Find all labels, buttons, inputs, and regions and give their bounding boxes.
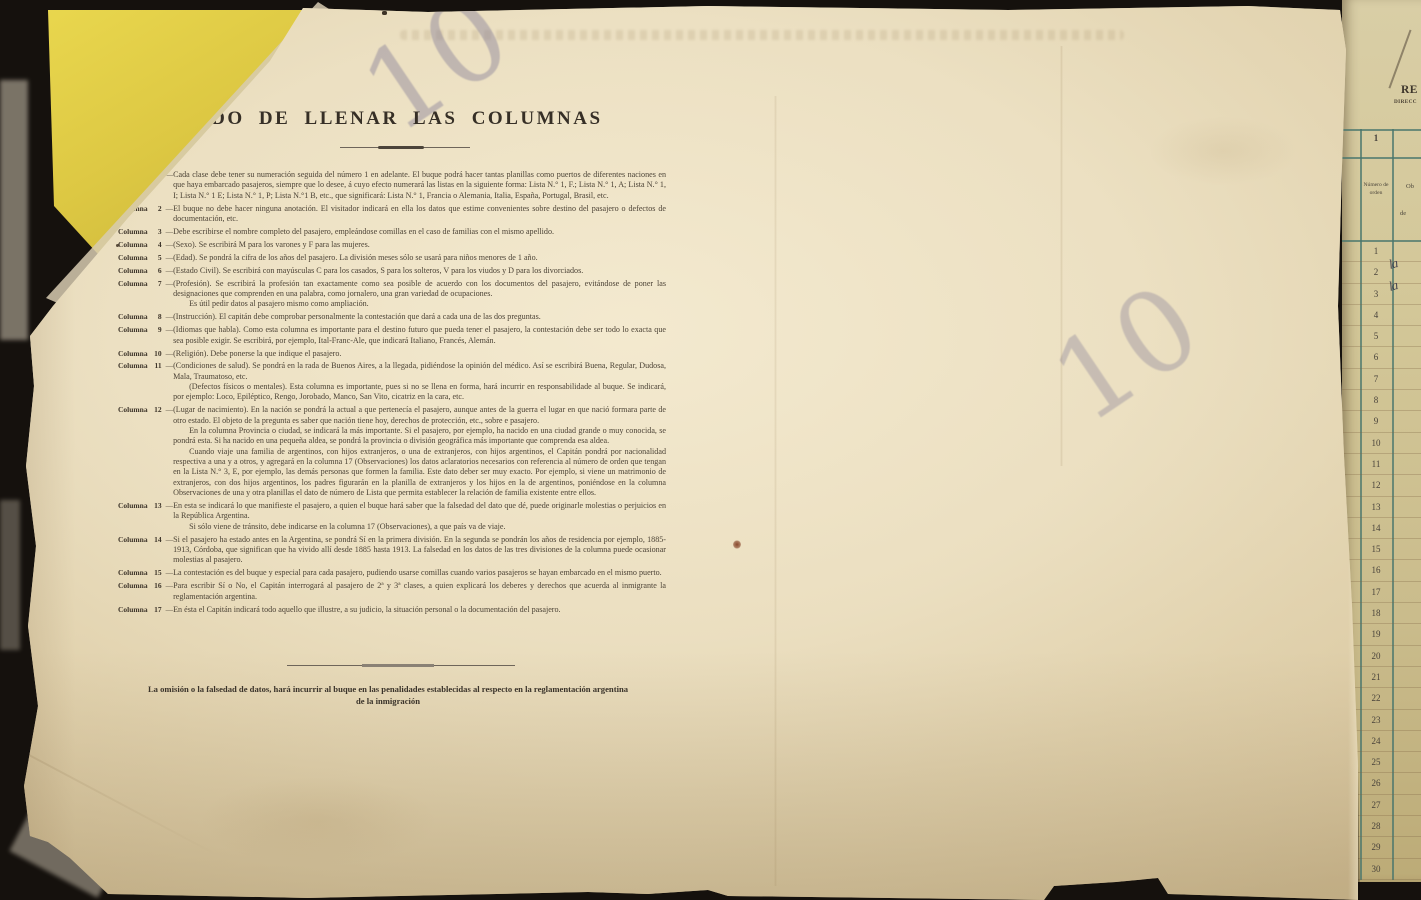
ledger-row: 15 [1342, 539, 1421, 560]
ledger-row: 4 [1342, 305, 1421, 326]
ledger-row: 8 [1342, 390, 1421, 411]
item-text: Cuando viaje una familia de argentinos, … [173, 447, 666, 499]
item-text: Es útil pedir datos al pasajero mismo co… [173, 299, 666, 309]
column-instruction-2: Columna2— El buque no debe hacer ninguna… [118, 204, 666, 225]
worn-edge [0, 500, 20, 650]
item-text: (Idiomas que habla). Como esta columna e… [173, 325, 666, 346]
item-text: (Estado Civil). Se escribirá con mayúscu… [173, 266, 666, 276]
row-number: 14 [1360, 518, 1392, 539]
ledger-row: 7 [1342, 369, 1421, 390]
item-text: En esta se indicará lo que manifieste el… [173, 501, 666, 522]
divider-ornament [340, 146, 470, 149]
ledger-row: 18 [1342, 603, 1421, 624]
row-number: 13 [1360, 497, 1392, 518]
item-text: (Condiciones de salud). Se pondrá en la … [173, 361, 666, 382]
dash: — [166, 605, 174, 615]
row-number: 8 [1360, 390, 1392, 411]
row-number: 20 [1360, 646, 1392, 667]
item-number: 9 [151, 325, 162, 346]
ledger-row: 16 [1342, 560, 1421, 581]
item-text: En la columna Provincia o ciudad, se ind… [173, 426, 666, 447]
dash: — [166, 253, 174, 263]
ledger-row: 10 [1342, 433, 1421, 454]
item-label: Columna [118, 325, 148, 346]
item-label: Columna [118, 568, 148, 578]
row-number: 18 [1360, 603, 1392, 624]
bleedthrough-text [400, 30, 1124, 40]
row-number: 10 [1360, 433, 1392, 454]
item-label: Columna [118, 266, 148, 276]
item-number: 14 [151, 535, 162, 566]
row-number: 30 [1360, 859, 1392, 880]
row-number: 26 [1360, 773, 1392, 794]
item-number: 4 [151, 240, 162, 250]
item-number: 13 [151, 501, 162, 532]
row-number: 9 [1360, 411, 1392, 432]
row-number: 19 [1360, 624, 1392, 645]
row-number: 21 [1360, 667, 1392, 688]
item-text: Si el pasajero ha estado antes en la Arg… [173, 535, 666, 566]
numero-de-orden-label: Número de orden [1359, 181, 1393, 197]
row-number: 23 [1360, 710, 1392, 731]
column-instruction-3: Columna3— Debe escribirse el nombre comp… [118, 227, 666, 237]
column-instruction-12: Columna12— (Lugar de nacimiento). En la … [118, 405, 666, 498]
dash: — [166, 405, 174, 498]
item-number: 16 [151, 581, 162, 602]
dash: — [166, 312, 174, 322]
item-number: 15 [151, 568, 162, 578]
column-instruction-17: Columna17— En ésta el Capitán indicará t… [118, 605, 666, 615]
row-number: 16 [1360, 560, 1392, 581]
dash: — [166, 568, 174, 578]
item-label: Columna [118, 501, 148, 532]
penalty-warning: La omisión o la falsedad de datos, hará … [108, 684, 668, 707]
paper-crease [1060, 46, 1063, 466]
item-text: (Sexo). Se escribirá M para los varones … [173, 240, 666, 250]
column-instruction-14: Columna14— Si el pasajero ha estado ante… [118, 535, 666, 566]
item-text: Para escribir Sí o No, el Capitán interr… [173, 581, 666, 602]
row-number: 11 [1360, 454, 1392, 475]
ledger-row: 1 [1342, 241, 1421, 262]
column-number-header: 1 [1360, 133, 1392, 143]
dash: — [166, 325, 174, 346]
age-stain [198, 776, 438, 866]
ledger-row: 13 [1342, 497, 1421, 518]
worn-edge [0, 80, 28, 340]
row-number: 24 [1360, 731, 1392, 752]
dash: — [166, 349, 174, 359]
column-instruction-15: Columna15— La contestación es del buque … [118, 568, 666, 578]
item-number: 8 [151, 312, 162, 322]
ledger-row: 9 [1342, 411, 1421, 432]
column-instruction-8: Columna8— (Instrucción). El capitán debe… [118, 312, 666, 322]
item-label: Columna [118, 279, 148, 310]
observaciones-fragment: Ob [1406, 183, 1414, 190]
row-number: 29 [1360, 837, 1392, 858]
column-instruction-5: Columna5— (Edad). Se pondrá la cifra de … [118, 253, 666, 263]
number-10-stamp: 10 [994, 230, 1266, 486]
item-number: 12 [151, 405, 162, 498]
column-instruction-4: Columna4— (Sexo). Se escribirá M para lo… [118, 240, 666, 250]
ledger-row: 12 [1342, 475, 1421, 496]
item-text: (Edad). Se pondrá la cifra de los años d… [173, 253, 666, 263]
item-number: 6 [151, 266, 162, 276]
ledger-row: 5 [1342, 326, 1421, 347]
item-label: Columna [118, 240, 148, 250]
item-text: Debe escribirse el nombre completo del p… [173, 227, 666, 237]
header-fragment-republica: RE [1401, 84, 1418, 96]
item-label: Columna [118, 535, 148, 566]
column-instruction-6: Columna6— (Estado Civil). Se escribirá c… [118, 266, 666, 276]
item-text: (Religión). Debe ponerse la que indique … [173, 349, 666, 359]
ledger-row: 17 [1342, 582, 1421, 603]
dash: — [166, 501, 174, 532]
item-text: Si sólo viene de tránsito, debe indicars… [173, 522, 666, 532]
observaciones-fragment: de [1400, 210, 1406, 217]
photographed-document: { "stamps": { "value": "10" }, "page": {… [0, 0, 1421, 900]
penalty-warning-line2: de la inmigración [108, 696, 668, 708]
ink-stain [733, 540, 741, 549]
item-label: Columna [118, 312, 148, 322]
item-number: 3 [151, 227, 162, 237]
instruction-page: 10 10 MODO DE LLENAR LAS COLUMNAS Column… [8, 6, 1358, 900]
row-number: 7 [1360, 369, 1392, 390]
dash: — [166, 361, 174, 402]
item-text: (Instrucción). El capitán debe comprobar… [173, 312, 666, 322]
row-number: 27 [1360, 795, 1392, 816]
column-instruction-11: Columna11— (Condiciones de salud). Se po… [118, 361, 666, 402]
item-label: Columna [118, 349, 148, 359]
item-text: (Profesión). Se escribirá la profesión t… [173, 279, 666, 300]
row-number: 12 [1360, 475, 1392, 496]
item-label: Columna [118, 253, 148, 263]
dash: — [166, 279, 174, 310]
pen-stroke [1388, 30, 1411, 89]
table-rule [1342, 157, 1421, 159]
row-number: 5 [1360, 326, 1392, 347]
item-label: Columna [118, 581, 148, 602]
item-text: (Defectos físicos o mentales). Esta colu… [173, 382, 666, 403]
age-stain [1148, 116, 1298, 186]
column-instruction-10: Columna10— (Religión). Debe ponerse la q… [118, 349, 666, 359]
table-rule [1342, 129, 1421, 131]
dash: — [166, 535, 174, 566]
column-instruction-9: Columna9— (Idiomas que habla). Como esta… [118, 325, 666, 346]
row-number: 15 [1360, 539, 1392, 560]
penalty-warning-line1: La omisión o la falsedad de datos, hará … [108, 684, 668, 696]
item-label: Columna [118, 405, 148, 498]
ledger-row: 11 [1342, 454, 1421, 475]
item-number: 5 [151, 253, 162, 263]
dash: — [166, 227, 174, 237]
item-label: Columna [118, 227, 148, 237]
row-number: 3 [1360, 284, 1392, 305]
column-instruction-13: Columna13— En esta se indicará lo que ma… [118, 501, 666, 532]
row-number: 17 [1360, 582, 1392, 603]
ledger-row: 3 la [1342, 284, 1421, 305]
dash: — [166, 581, 174, 602]
item-text: En ésta el Capitán indicará todo aquello… [173, 605, 666, 615]
item-text: El buque no debe hacer ninguna anotación… [173, 204, 666, 225]
item-number: 17 [151, 605, 162, 615]
item-number: 2 [151, 204, 162, 225]
item-text: La contestación es del buque y especial … [173, 568, 666, 578]
item-number: 11 [151, 361, 162, 402]
item-number: 10 [151, 349, 162, 359]
ledger-row: 6 [1342, 347, 1421, 368]
item-text: Cada clase debe tener su numeración segu… [173, 170, 666, 201]
paper-crease [774, 96, 777, 886]
dash: — [166, 240, 174, 250]
column-instruction-1: Columna1— Cada clase debe tener su numer… [118, 170, 666, 201]
row-number: 4 [1360, 305, 1392, 326]
row-number: 22 [1360, 688, 1392, 709]
row-number: 28 [1360, 816, 1392, 837]
column-instruction-7: Columna7— (Profesión). Se escribirá la p… [118, 279, 666, 310]
ledger-row: 14 [1342, 518, 1421, 539]
row-number: 6 [1360, 347, 1392, 368]
dash: — [166, 266, 174, 276]
dash: — [166, 204, 174, 225]
ledger-row: 2 la [1342, 262, 1421, 283]
column-instruction-16: Columna16— Para escribir Sí o No, el Cap… [118, 581, 666, 602]
item-text: (Lugar de nacimiento). En la nación se p… [173, 405, 666, 426]
row-number: 25 [1360, 752, 1392, 773]
item-label: Columna [118, 361, 148, 402]
item-number: 7 [151, 279, 162, 310]
header-fragment-direccion: DIRECC [1394, 99, 1417, 105]
ledger-row: 19 [1342, 624, 1421, 645]
column-instructions-list: Columna1— Cada clase debe tener su numer… [118, 170, 666, 618]
paper-speck [382, 11, 387, 15]
divider-rule [287, 664, 515, 667]
item-label: Columna [118, 605, 148, 615]
